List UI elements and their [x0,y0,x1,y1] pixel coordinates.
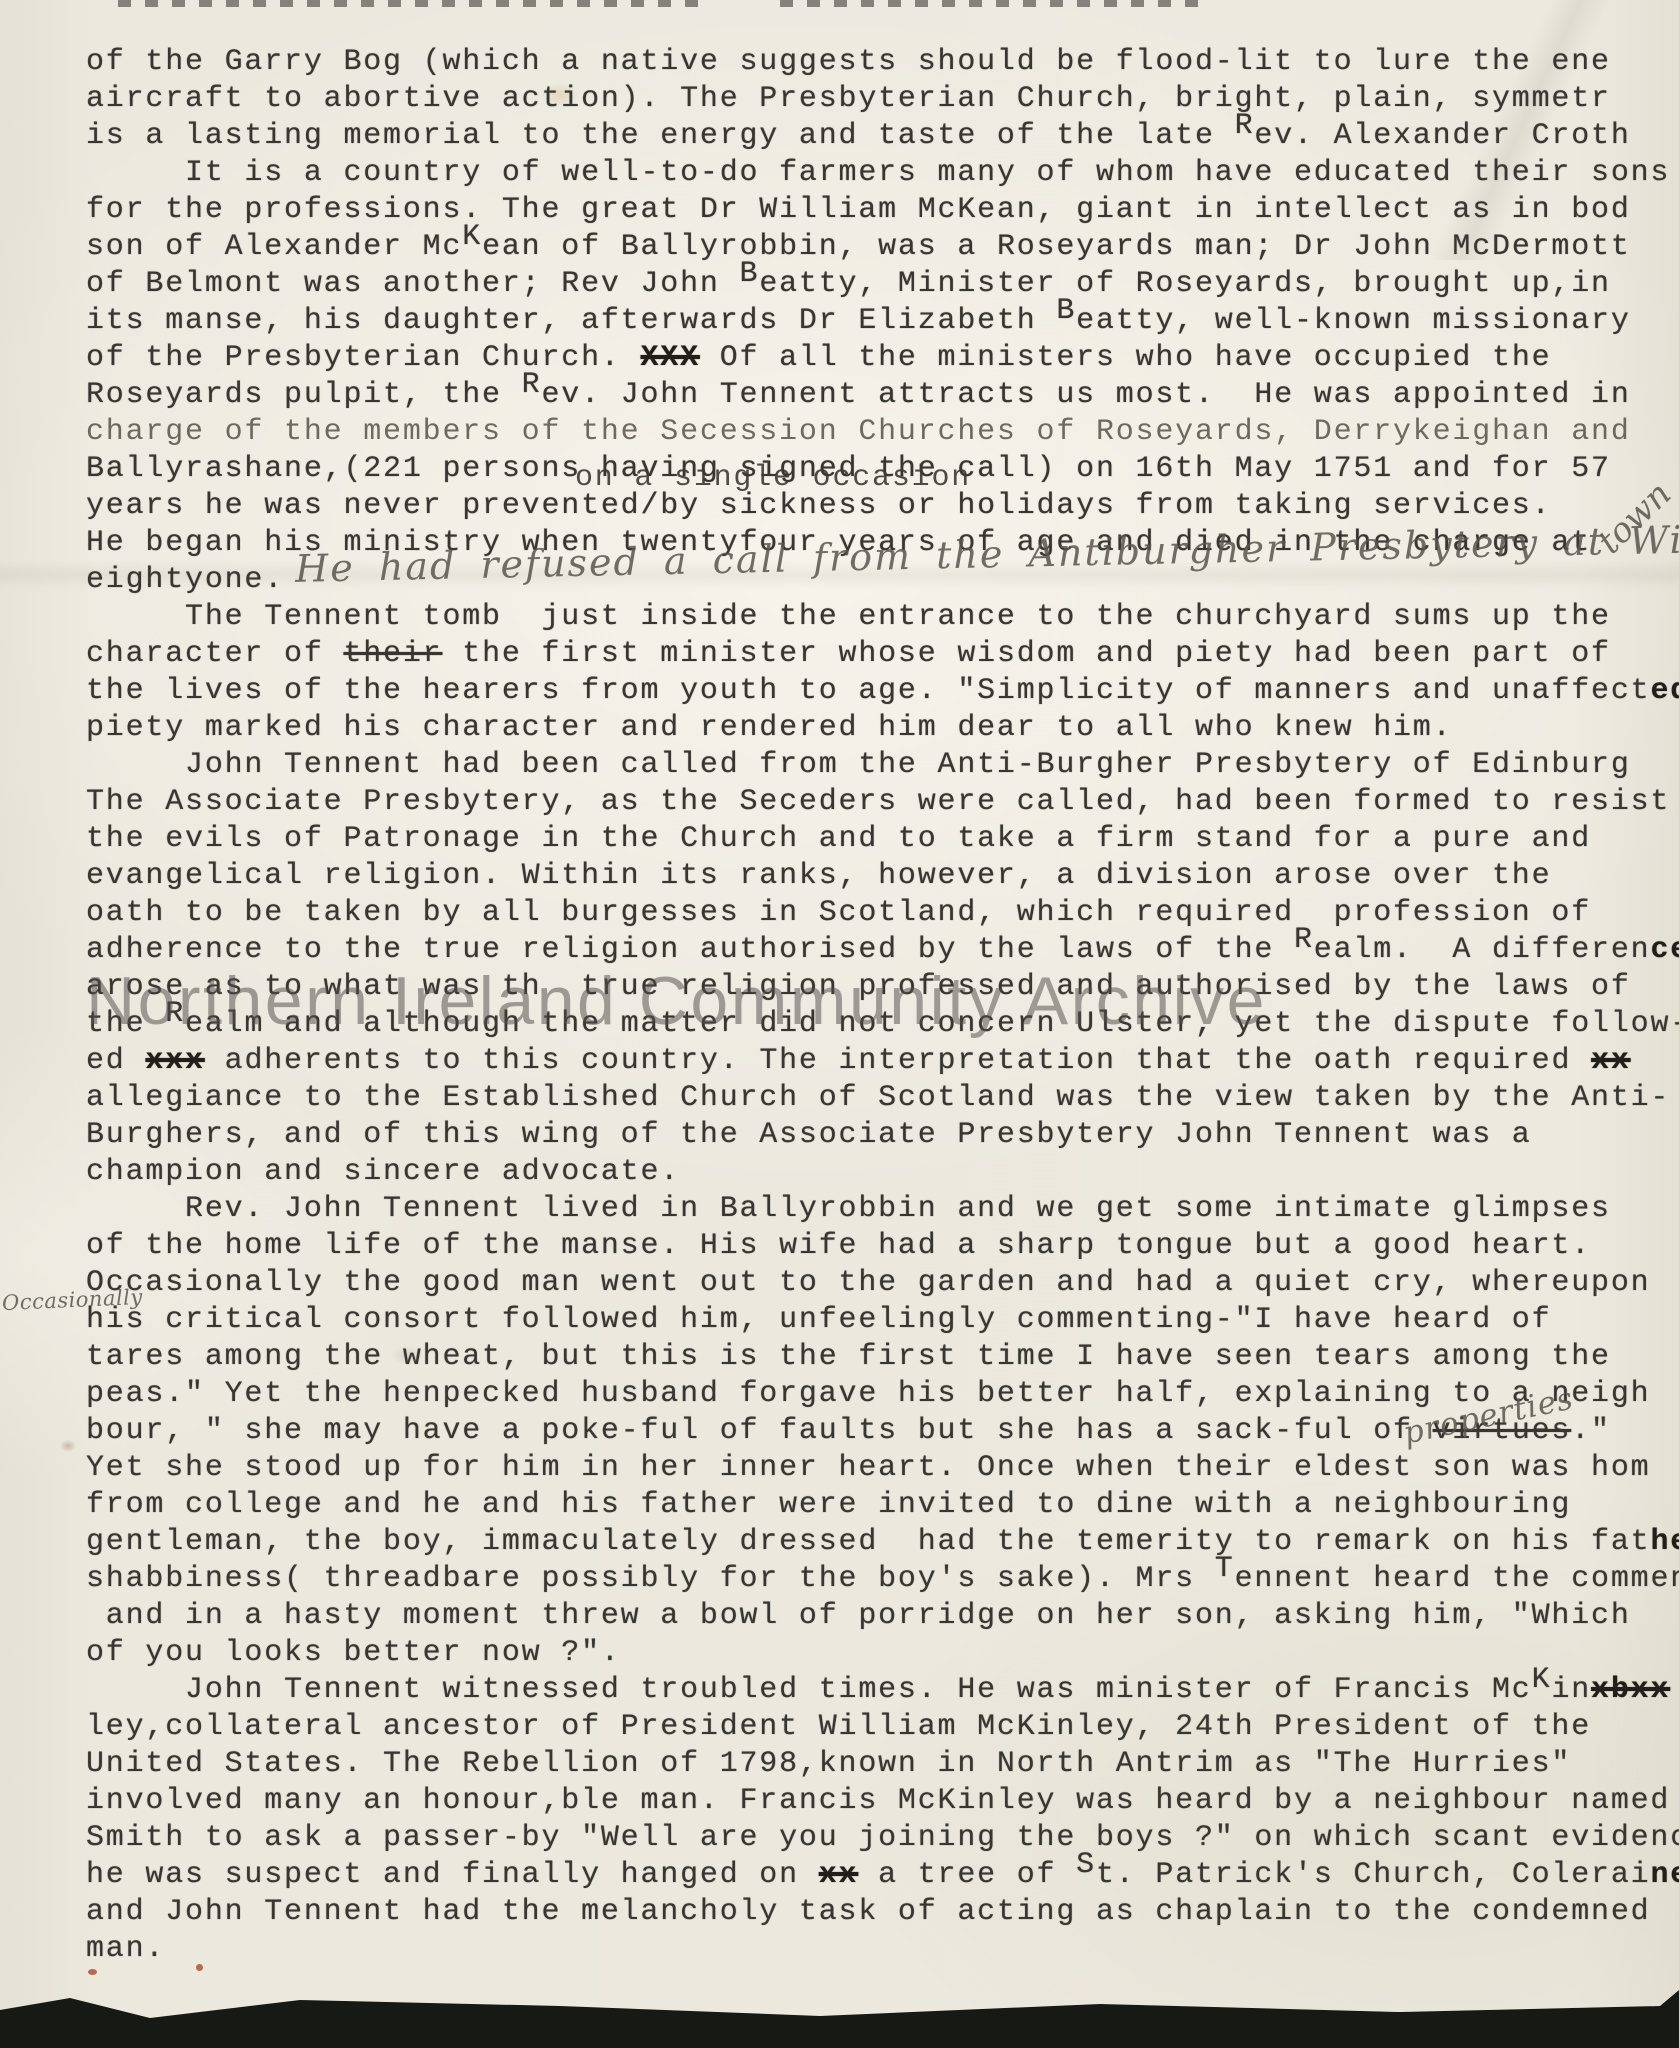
typed-line: and John Tennent had the melancholy task… [86,1894,1679,1931]
typed-line: ed xxx adherents to this country. The in… [86,1043,1679,1080]
typed-line: oath to be taken by all burgesses in Sco… [86,895,1679,932]
typed-line: tares among the wheat, but this is the f… [86,1339,1679,1376]
typed-line: man. [86,1931,1679,1968]
typed-line: The Associate Presbytery, as the Seceder… [86,784,1679,821]
typed-line: he was suspect and finally hanged on xx … [86,1857,1679,1894]
typed-line: John Tennent had been called from the An… [86,747,1679,784]
red-ink-mark [196,1964,203,1971]
typed-line: his critical consort followed him, unfee… [86,1302,1679,1339]
typed-line: Burghers, and of this wing of the Associ… [86,1117,1679,1154]
typed-line: evangelical religion. Within its ranks, … [86,858,1679,895]
typed-line: character of their the first minister wh… [86,636,1679,673]
typed-line: shabbiness( threadbare possibly for the … [86,1561,1679,1598]
typed-line: ley,collateral ancestor of President Wil… [86,1709,1679,1746]
typed-line: involved many an honour,ble man. Francis… [86,1783,1679,1820]
typed-line: champion and sincere advocate. [86,1154,1679,1191]
typed-line: is a lasting memorial to the energy and … [86,118,1679,155]
typed-line: Yet she stood up for him in her inner he… [86,1450,1679,1487]
interline-insertion: on a single occasion [575,461,971,495]
typed-line: of the home life of the manse. His wife … [86,1228,1679,1265]
typed-line: its manse, his daughter, afterwards Dr E… [86,303,1679,340]
red-ink-mark [88,1969,97,1975]
typed-line: the evils of Patronage in the Church and… [86,821,1679,858]
cut-off-line-fragment [118,0,698,7]
typed-line: for the professions. The great Dr Willia… [86,192,1679,229]
typed-line: Rev. John Tennent lived in Ballyrobbin a… [86,1191,1679,1228]
watermark-text: Northern Ireland Community Archive [86,962,1267,1040]
typed-line: of Belmont was another; Rev John Beatty,… [86,266,1679,303]
typed-line: United States. The Rebellion of 1798,kno… [86,1746,1679,1783]
typed-line: It is a country of well-to-do farmers ma… [86,155,1679,192]
typed-line: and in a hasty moment threw a bowl of po… [86,1598,1679,1635]
typed-line: from college and he and his father were … [86,1487,1679,1524]
typed-line: Occasionally the good man went out to th… [86,1265,1679,1302]
cut-off-line-fragment [780,0,1210,7]
typed-line: of the Garry Bog (which a native suggest… [86,44,1679,81]
typed-line: The Tennent tomb just inside the entranc… [86,599,1679,636]
typed-line: piety marked his character and rendered … [86,710,1679,747]
document-page: of the Garry Bog (which a native suggest… [0,0,1679,2023]
typed-line: charge of the members of the Secession C… [86,414,1679,451]
paper-stain [60,1440,76,1452]
typed-line: allegiance to the Established Church of … [86,1080,1679,1117]
typed-line: Roseyards pulpit, the Rev. John Tennent … [86,377,1679,414]
typed-line: son of Alexander McKean of Ballyrobbin, … [86,229,1679,266]
typed-line: Smith to ask a passer-by "Well are you j… [86,1820,1679,1857]
typed-line: John Tennent witnessed troubled times. H… [86,1672,1679,1709]
typed-line: aircraft to abortive action). The Presby… [86,81,1679,118]
typed-line: the lives of the hearers from youth to a… [86,673,1679,710]
typed-line: of the Presbyterian Church. XXX Of all t… [86,340,1679,377]
typed-line: gentleman, the boy, immaculately dressed… [86,1524,1679,1561]
typed-line: of you looks better now ?". [86,1635,1679,1672]
